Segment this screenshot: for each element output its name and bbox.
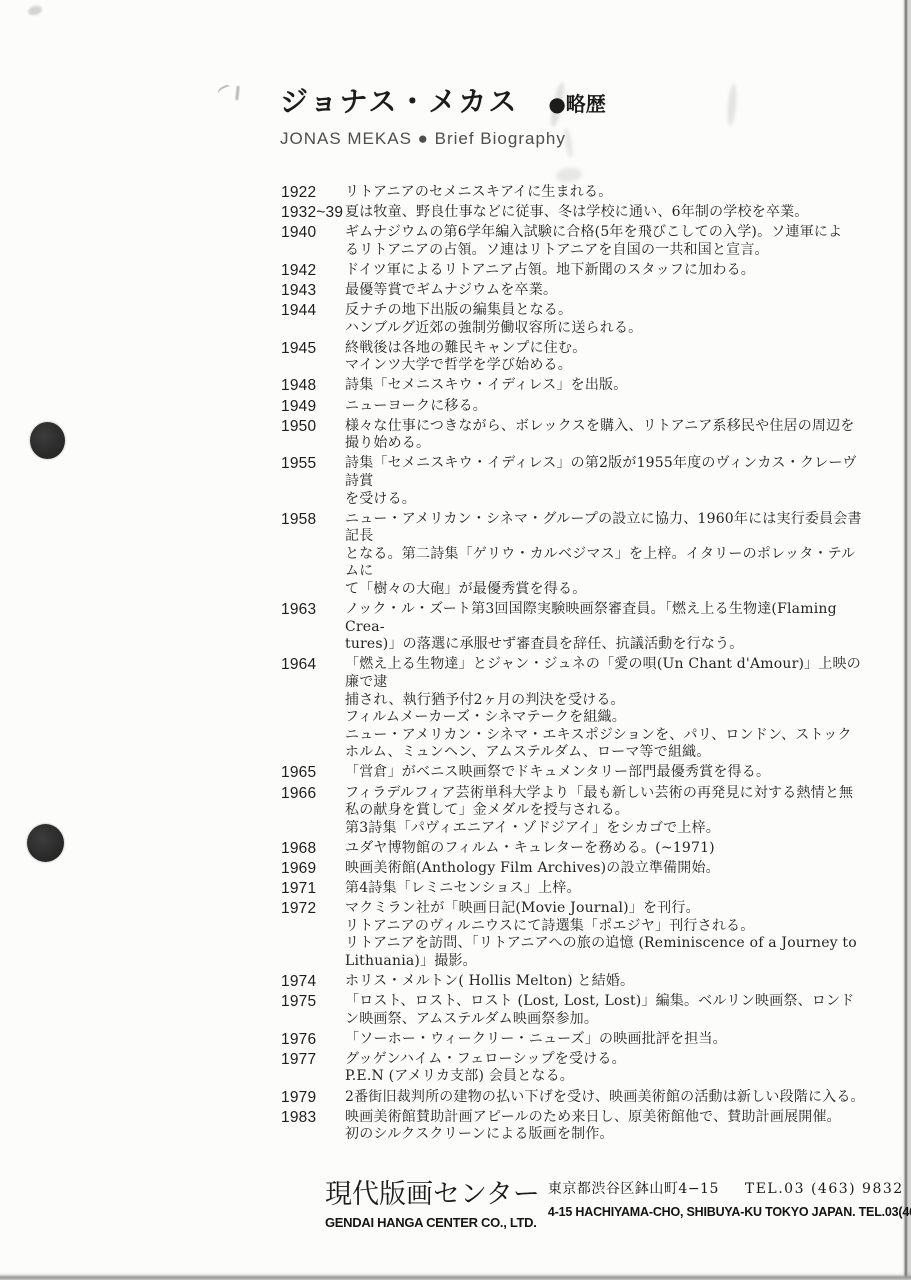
- timeline-text: マクミラン社が「映画日記(Movie Journal)」を刊行。 リトアニアのヴ…: [345, 900, 867, 970]
- timeline-text: 「燃え上る生物達」とジャン・ジュネの「愛の唄(Un Chant d'Amour)…: [345, 656, 867, 762]
- timeline-year: 1940: [281, 224, 345, 242]
- timeline-text: 最優等賞でギムナジウムを卒業。: [345, 282, 867, 300]
- timeline-year: 1949: [281, 398, 345, 416]
- timeline-text: リトアニアのセメニスキアイに生まれる。: [345, 184, 867, 202]
- page-title-english: JONAS MEKAS ● Brief Biography: [280, 129, 606, 149]
- scan-edge-bottom: [0, 1271, 911, 1280]
- timeline-entry: 1940 ギムナジウムの第6学年編入試験に合格(5年を飛びこしての入学)。ソ連軍…: [281, 224, 867, 259]
- punch-hole-bottom: [27, 824, 64, 862]
- publisher-name-japanese: 現代版画センター: [325, 1172, 540, 1211]
- timeline-year: 1983: [281, 1109, 345, 1127]
- timeline-entry: 1943 最優等賞でギムナジウムを卒業。: [281, 282, 867, 300]
- publisher-name-english: GENDAI HANGA CENTER CO., LTD.: [325, 1215, 540, 1230]
- timeline-entry: 1968 ユダヤ博物館のフィルム・キュレターを務める。(~1971): [281, 840, 867, 858]
- timeline-entry: 1977 グッゲンハイム・フェローシップを受ける。 P.E.N (アメリカ支部)…: [281, 1051, 867, 1086]
- timeline: 1922 リトアニアのセメニスキアイに生まれる。 1932~39 夏は牧童、野良…: [281, 184, 867, 1146]
- timeline-year: 1971: [281, 880, 345, 898]
- timeline-year: 1942: [281, 262, 345, 280]
- document-header: ジョナス・メカス ●略歴 JONAS MEKAS ● Brief Biograp…: [280, 80, 606, 149]
- timeline-text: 映画美術館賛助計画アピールのため来日し、原美術館他で、賛助計画展開催。 初のシル…: [345, 1109, 867, 1144]
- timeline-year: 1945: [281, 340, 345, 358]
- timeline-year: 1966: [281, 785, 345, 803]
- timeline-text: ギムナジウムの第6学年編入試験に合格(5年を飛びこしての入学)。ソ連軍によ るリ…: [345, 224, 867, 259]
- timeline-entry: 1979 2番街旧裁判所の建物の払い下げを受け、映画美術館の活動は新しい段階に入…: [281, 1089, 867, 1107]
- timeline-text: 終戦後は各地の難民キャンプに住む。 マインツ大学で哲学を学び始める。: [345, 340, 867, 375]
- timeline-entry: 1964 「燃え上る生物達」とジャン・ジュネの「愛の唄(Un Chant d'A…: [281, 656, 867, 762]
- timeline-text: 詩集「セメニスキウ・イディレス」を出版。: [345, 377, 867, 395]
- timeline-year: 1977: [281, 1051, 345, 1069]
- timeline-text: 夏は牧童、野良仕事などに従事、冬は学校に通い、6年制の学校を卒業。: [345, 204, 867, 222]
- timeline-entry: 1950 様々な仕事につきながら、ボレックスを購入、リトアニア系移民や住居の周辺…: [281, 418, 867, 453]
- timeline-text: 「営倉」がベニス映画祭でドキュメンタリー部門最優秀賞を得る。: [345, 764, 867, 782]
- timeline-year: 1950: [281, 418, 345, 436]
- publisher-footer: 現代版画センター GENDAI HANGA CENTER CO., LTD. 東…: [325, 1172, 885, 1230]
- timeline-text: ノック・ル・ズート第3回国際実験映画祭審査員。「燃え上る生物達(Flaming …: [345, 601, 867, 654]
- address-line-japanese: 東京都渋谷区鉢山町4−15 TEL.03 (463) 9832 〒150: [548, 1178, 911, 1198]
- timeline-entry: 1922 リトアニアのセメニスキアイに生まれる。: [281, 184, 867, 202]
- timeline-text: ユダヤ博物館のフィルム・キュレターを務める。(~1971): [345, 840, 867, 858]
- timeline-text: 「ロスト、ロスト、ロスト (Lost, Lost, Lost)」編集。ベルリン映…: [345, 993, 867, 1028]
- timeline-text: 第4詩集「レミニセンショス」上梓。: [345, 880, 867, 898]
- timeline-entry: 1963 ノック・ル・ズート第3回国際実験映画祭審査員。「燃え上る生物達(Fla…: [281, 601, 867, 654]
- timeline-entry: 1945 終戦後は各地の難民キャンプに住む。 マインツ大学で哲学を学び始める。: [281, 340, 867, 375]
- timeline-entry: 1965 「営倉」がベニス映画祭でドキュメンタリー部門最優秀賞を得る。: [281, 764, 867, 782]
- timeline-year: 1958: [281, 511, 345, 529]
- timeline-text: ニューヨークに移る。: [345, 398, 867, 416]
- punch-hole-top: [30, 422, 65, 459]
- address-japanese: 東京都渋谷区鉢山町4−15: [548, 1178, 719, 1198]
- timeline-entry: 1983 映画美術館賛助計画アピールのため来日し、原美術館他で、賛助計画展開催。…: [281, 1109, 867, 1144]
- scan-edge-right: [900, 0, 911, 1280]
- address-line-english: 4-15 HACHIYAMA-CHO, SHIBUYA-KU TOKYO JAP…: [548, 1205, 911, 1219]
- pencil-mark: [235, 86, 239, 100]
- timeline-year: 1948: [281, 377, 345, 395]
- timeline-entry: 1976 「ソーホー・ウィークリー・ニューズ」の映画批評を担当。: [281, 1031, 867, 1049]
- timeline-entry: 1955 詩集「セメニスキウ・イディレス」の第2版が1955年度のヴィンカス・ク…: [281, 455, 867, 508]
- timeline-entry: 1942 ドイツ軍によるリトアニア占領。地下新聞のスタッフに加わる。: [281, 262, 867, 280]
- timeline-text: ホリス・メルトン( Hollis Melton) と結婚。: [345, 973, 867, 991]
- publisher-address-block: 東京都渋谷区鉢山町4−15 TEL.03 (463) 9832 〒150 4-1…: [548, 1172, 911, 1219]
- timeline-year: 1972: [281, 900, 345, 918]
- timeline-entry: 1971 第4詩集「レミニセンショス」上梓。: [281, 880, 867, 898]
- timeline-year: 1963: [281, 601, 345, 619]
- title-row: ジョナス・メカス ●略歴: [280, 80, 606, 120]
- timeline-year: 1969: [281, 860, 345, 878]
- timeline-text: 「ソーホー・ウィークリー・ニューズ」の映画批評を担当。: [345, 1031, 867, 1049]
- scan-smudge: [27, 4, 43, 16]
- timeline-text: ニュー・アメリカン・シネマ・グループの設立に協力、1960年には実行委員会書記長…: [345, 511, 867, 599]
- timeline-year: 1944: [281, 302, 345, 320]
- page-title-japanese: ジョナス・メカス: [280, 80, 518, 120]
- timeline-year: 1974: [281, 973, 345, 991]
- timeline-text: 2番街旧裁判所の建物の払い下げを受け、映画美術館の活動は新しい段階に入る。: [345, 1089, 867, 1107]
- timeline-entry: 1974 ホリス・メルトン( Hollis Melton) と結婚。: [281, 973, 867, 991]
- telephone-number: TEL.03 (463) 9832: [745, 1181, 904, 1197]
- scanned-document-page: { "header": { "title_jp": "ジョナス・メカス", "t…: [0, 0, 911, 1280]
- timeline-entry: 1966 フィラデルフィア芸術単科大学より「最も新しい芸術の再発見に対する熱情と…: [281, 785, 867, 838]
- timeline-year: 1968: [281, 840, 345, 858]
- timeline-text: 反ナチの地下出版の編集員となる。 ハンブルグ近郊の強制労働収容所に送られる。: [345, 302, 867, 337]
- timeline-text: 様々な仕事につきながら、ボレックスを購入、リトアニア系移民や住居の周辺を 撮り始…: [345, 418, 867, 453]
- timeline-entry: 1948 詩集「セメニスキウ・イディレス」を出版。: [281, 377, 867, 395]
- timeline-text: 映画美術館(Anthology Film Archives)の設立準備開始。: [345, 860, 867, 878]
- timeline-year: 1964: [281, 656, 345, 674]
- timeline-entry: 1958 ニュー・アメリカン・シネマ・グループの設立に協力、1960年には実行委…: [281, 511, 867, 599]
- timeline-entry: 1975 「ロスト、ロスト、ロスト (Lost, Lost, Lost)」編集。…: [281, 993, 867, 1028]
- timeline-year: 1979: [281, 1089, 345, 1107]
- timeline-entry: 1932~39 夏は牧童、野良仕事などに従事、冬は学校に通い、6年制の学校を卒業…: [281, 204, 867, 222]
- pencil-mark: [216, 83, 233, 98]
- timeline-year: 1922: [281, 184, 345, 202]
- scan-smudge: [555, 167, 582, 184]
- timeline-text: 詩集「セメニスキウ・イディレス」の第2版が1955年度のヴィンカス・クレーヴ詩賞…: [345, 455, 867, 508]
- scan-smudge: [726, 84, 738, 127]
- timeline-year: 1965: [281, 764, 345, 782]
- timeline-entry: 1969 映画美術館(Anthology Film Archives)の設立準備…: [281, 860, 867, 878]
- timeline-year: 1955: [281, 455, 345, 473]
- timeline-year: 1932~39: [281, 204, 345, 222]
- section-label-ryakureki: ●略歴: [548, 88, 605, 117]
- timeline-entry: 1949 ニューヨークに移る。: [281, 398, 867, 416]
- timeline-text: グッゲンハイム・フェローシップを受ける。 P.E.N (アメリカ支部) 会員とな…: [345, 1051, 867, 1086]
- timeline-text: フィラデルフィア芸術単科大学より「最も新しい芸術の再発見に対する熱情と無 私の献…: [345, 785, 867, 838]
- timeline-year: 1943: [281, 282, 345, 300]
- publisher-logo-block: 現代版画センター GENDAI HANGA CENTER CO., LTD.: [325, 1172, 540, 1230]
- timeline-text: ドイツ軍によるリトアニア占領。地下新聞のスタッフに加わる。: [345, 262, 867, 280]
- timeline-entry: 1944 反ナチの地下出版の編集員となる。 ハンブルグ近郊の強制労働収容所に送ら…: [281, 302, 867, 337]
- timeline-year: 1976: [281, 1031, 345, 1049]
- timeline-entry: 1972 マクミラン社が「映画日記(Movie Journal)」を刊行。 リト…: [281, 900, 867, 970]
- timeline-year: 1975: [281, 993, 345, 1011]
